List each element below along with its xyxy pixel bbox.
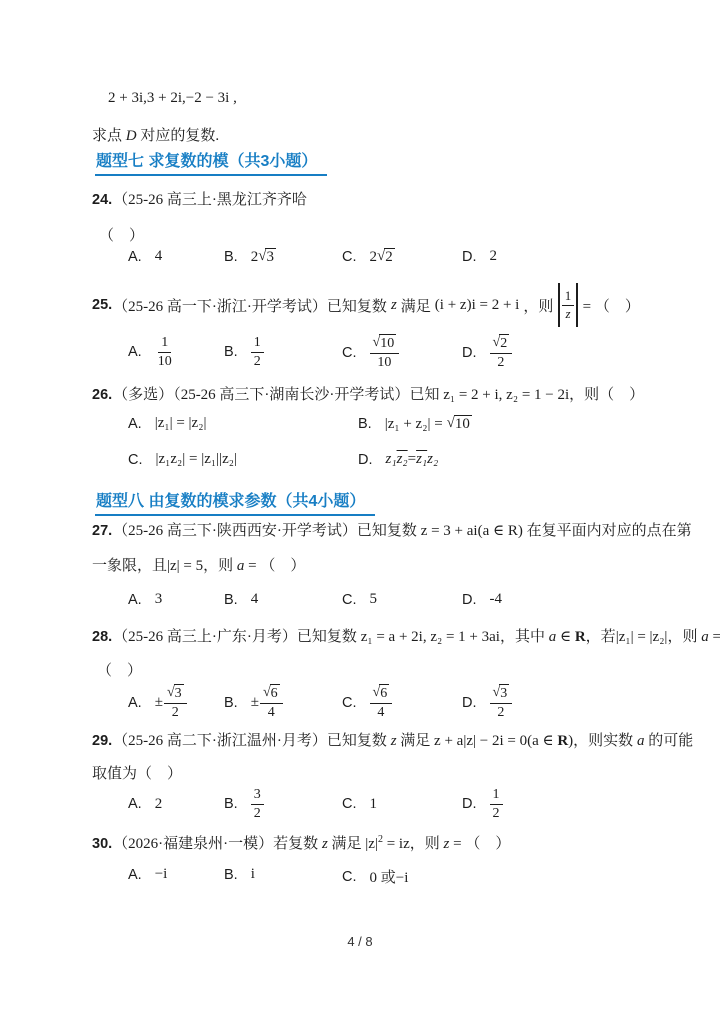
q30-option-b: B.i <box>224 866 255 883</box>
text-run: 已知 <box>409 387 443 403</box>
option-value: |z₁| = |z₂| <box>155 415 207 432</box>
q25-option-b: B.12 <box>224 334 264 370</box>
sqrt-radicand: 10 <box>379 334 396 353</box>
q26-option-d: D.z₁z₂ = z₁z₂ <box>358 451 438 468</box>
fraction: √64 <box>370 684 393 721</box>
fraction-numerator: 1 <box>562 288 575 305</box>
exponent: 2 <box>378 834 383 845</box>
question-source: （25-26 高一下·浙江·开学考试） <box>113 295 327 316</box>
abs-bar <box>576 283 577 327</box>
fraction-numerator: 1 <box>158 334 171 353</box>
q25-option-a: A.110 <box>128 334 175 370</box>
fraction: √32 <box>164 684 187 721</box>
fraction-denominator: 2 <box>251 353 264 371</box>
text-run: 满足 <box>328 836 366 852</box>
q29-option-d: D.12 <box>462 786 503 822</box>
q29-option-c: C.1 <box>342 786 377 822</box>
option-value: 5 <box>370 591 378 608</box>
option-label: D. <box>462 695 477 711</box>
q28-option-a: A.±√32 <box>128 684 187 721</box>
text-run: 若复数 <box>273 836 322 852</box>
fraction: √1010 <box>370 334 400 371</box>
q30-option-a: A.−i <box>128 866 167 883</box>
intro-sentence: 求点 D 对应的复数. <box>92 126 219 147</box>
q27-option-c: C.5 <box>342 591 377 608</box>
intro-expression: 2 + 3i,3 + 2i,−2 − 3i , <box>108 88 237 109</box>
z2-term: z₂ <box>427 451 438 468</box>
question-24: 24.（25-26 高三上·黑龙江齐齐哈 <box>92 190 307 211</box>
section-heading-8: 题型八 由复数的模求参数（共4小题） <box>95 488 375 516</box>
option-value: |z₁z₂| = |z₁||z₂| <box>156 451 238 468</box>
q27-option-b: B.4 <box>224 591 258 608</box>
question-number: 26. <box>92 387 112 403</box>
question-29-line2: 取值为（ ） <box>92 764 182 785</box>
option-value: 2 <box>155 796 163 813</box>
fraction-denominator: 10 <box>374 354 394 372</box>
sqrt-radicand: 2 <box>384 248 395 266</box>
option-label: C. <box>128 452 143 468</box>
text-run: ，则（ ） <box>569 387 644 403</box>
question-number: 28. <box>92 629 112 645</box>
plus-minus-sign: ± <box>251 694 259 711</box>
fraction-denominator: 2 <box>494 354 507 372</box>
equals-sign: = <box>408 451 416 468</box>
option-label: B. <box>224 796 238 812</box>
option-label: D. <box>462 592 477 608</box>
text-run: ，若 <box>586 629 616 645</box>
question-27-line1: 27.（25-26 高三下·陕西西安·开学考试）已知复数 z = 3 + ai(… <box>92 521 692 542</box>
sqrt-expression: √6 <box>373 684 390 703</box>
fraction-denominator: 2 <box>490 805 503 823</box>
heading-text: 题型七 求复数的模（共3小题） <box>96 153 317 170</box>
q24-option-c: C.2√2 <box>342 248 395 266</box>
text-run: ，则 <box>410 836 444 852</box>
real-set-symbol: R <box>557 733 568 749</box>
equation: |z₁| = |z₂| <box>616 629 668 645</box>
question-25: 25.（25-26 高一下·浙江·开学考试）已知复数z满足(i + z)i = … <box>92 283 640 327</box>
fraction-numerator: √6 <box>260 684 283 704</box>
option-value: i <box>251 866 255 883</box>
text-run: 已知复数 <box>297 629 361 645</box>
q27-option-a: A.3 <box>128 591 162 608</box>
text-run: ，则 <box>523 295 553 316</box>
fraction-denominator: 4 <box>374 704 387 722</box>
question-28-answer-paren: （ ） <box>97 661 142 682</box>
equation: z₁ = a + 2i, z₂ = 1 + 3ai <box>361 629 500 645</box>
answer-paren: （ ） <box>99 228 144 244</box>
question-source: （25-26 高三下·湖南长沙·开学考试） <box>173 387 409 403</box>
fraction-denominator: 10 <box>155 353 175 371</box>
real-set-symbol: R <box>575 629 586 645</box>
q24-option-a: A.4 <box>128 248 162 265</box>
document-page: 2 + 3i,3 + 2i,−2 − 3i , 求点 D 对应的复数. 题型七 … <box>0 0 720 1018</box>
fraction: 1z <box>562 288 575 322</box>
question-29-line1: 29.（25-26 高二下·浙江温州·月考）已知复数 z 满足 z + a|z|… <box>92 731 693 752</box>
text-run: 已知复数 <box>327 295 387 316</box>
q29-option-a: A.2 <box>128 786 162 822</box>
question-number: 24. <box>92 192 112 208</box>
question-source: （25-26 高三上·广东·月考） <box>113 629 297 645</box>
fraction-numerator: 1 <box>490 786 503 805</box>
q29-option-b: B.32 <box>224 786 264 822</box>
sqrt-radicand: 6 <box>379 684 389 703</box>
text-run: 满足 <box>397 733 435 749</box>
q28-option-d: D.√32 <box>462 684 512 721</box>
variable-a: a <box>701 629 709 645</box>
fraction-numerator: √10 <box>370 334 400 354</box>
option-label: D. <box>358 452 373 468</box>
coefficient: 2 <box>251 249 259 266</box>
z1-conjugate-term: z₁ <box>416 451 427 468</box>
option-label: A. <box>128 796 142 812</box>
text-run: = （ ） <box>583 295 640 316</box>
fraction: 32 <box>251 786 264 822</box>
abs-z-term: |z| <box>365 836 378 852</box>
option-label: D. <box>462 796 477 812</box>
fraction-numerator: √6 <box>370 684 393 704</box>
plus-minus-sign: ± <box>155 694 163 711</box>
text-run: ，则 <box>667 629 701 645</box>
option-label: B. <box>358 416 372 432</box>
text-run: 对应的复数. <box>137 128 220 144</box>
q25-option-c: C.√1010 <box>342 334 399 371</box>
sqrt-expression: √3 <box>493 684 510 703</box>
sqrt-expression: √3 <box>258 248 276 266</box>
multi-select-tag: （多选） <box>113 387 173 403</box>
option-label: D. <box>462 345 477 361</box>
option-label: C. <box>342 869 357 885</box>
equation: z = 3 + ai(a ∈ R) <box>421 523 523 539</box>
fraction-numerator: 3 <box>251 786 264 805</box>
sqrt-expression: √2 <box>377 248 395 266</box>
text-run: = （ ） <box>449 836 510 852</box>
q24-option-d: D.2 <box>462 248 497 265</box>
q26-option-b: B.|z₁ + z₂| =√10 <box>358 415 472 433</box>
question-26: 26.（多选）（25-26 高三下·湖南长沙·开学考试）已知 z₁ = 2 + … <box>92 385 644 406</box>
sqrt-expression: √10 <box>447 415 472 433</box>
option-value: −i <box>155 866 168 883</box>
q24-option-b: B.2√3 <box>224 248 276 266</box>
equation: (i + z)i = 2 + i <box>435 297 520 314</box>
option-label: C. <box>342 695 357 711</box>
sqrt-expression: √6 <box>263 684 280 703</box>
option-value: 4 <box>155 248 163 265</box>
text-run: = （ ） <box>244 558 305 574</box>
option-label: A. <box>128 249 142 265</box>
option-label: B. <box>224 344 238 360</box>
option-label: C. <box>342 592 357 608</box>
question-24-answer-paren: （ ） <box>99 226 144 247</box>
text-run: 取值为（ ） <box>92 766 182 782</box>
sqrt-radicand: 3 <box>174 684 184 703</box>
option-label: A. <box>128 592 142 608</box>
fraction-numerator: √2 <box>490 334 513 354</box>
question-source: （25-26 高三下·陕西西安·开学考试） <box>113 523 357 539</box>
text-run: 求点 <box>92 128 126 144</box>
question-27-line2: 一象限，且|z| = 5，则 a = （ ） <box>92 556 305 577</box>
option-label: B. <box>224 867 238 883</box>
z2-conjugate-term: z₂ <box>397 451 408 468</box>
abs-bar <box>558 283 559 327</box>
equation: |z₁ + z₂| = <box>385 416 443 433</box>
fraction: 110 <box>155 334 175 370</box>
fraction-numerator: √3 <box>490 684 513 704</box>
option-label: A. <box>128 416 142 432</box>
text-run: 满足 <box>401 295 431 316</box>
text-run: 在复平面内对应的点在第 <box>523 523 692 539</box>
element-of-sign: ∈ <box>556 629 575 645</box>
option-value: 2 <box>490 248 498 265</box>
q26-option-c: C.|z₁z₂| = |z₁||z₂| <box>128 451 237 468</box>
option-label: C. <box>342 249 357 265</box>
text-run: ，则 <box>203 558 237 574</box>
question-source: （2026·福建泉州·一模） <box>113 836 273 852</box>
equation: z₁ = 2 + i, z₂ = 1 − 2i <box>443 387 569 403</box>
option-value: -4 <box>490 591 503 608</box>
q28-option-b: B.±√64 <box>224 684 283 721</box>
q28-option-c: C.√64 <box>342 684 392 721</box>
fraction: 12 <box>490 786 503 822</box>
q30-option-c: C.0 或−i <box>342 866 408 887</box>
question-number: 29. <box>92 733 112 749</box>
abs-value-fraction: 1z <box>558 283 577 327</box>
option-value: 1 <box>370 796 378 813</box>
option-label: C. <box>342 345 357 361</box>
q27-option-d: D.-4 <box>462 591 502 608</box>
page-number: 4 / 8 <box>0 934 720 949</box>
option-label: B. <box>224 695 238 711</box>
fraction-denominator: 4 <box>265 704 278 722</box>
fraction-denominator: z <box>562 306 573 322</box>
math-run: 2 + 3i,3 + 2i,−2 − 3i , <box>108 90 237 106</box>
fraction-denominator: 2 <box>169 704 182 722</box>
fraction: √22 <box>490 334 513 371</box>
option-label: C. <box>342 796 357 812</box>
question-number: 25. <box>92 297 112 313</box>
sqrt-radicand: 3 <box>499 684 509 703</box>
sqrt-expression: √10 <box>373 334 397 353</box>
sqrt-radicand: 6 <box>270 684 280 703</box>
sqrt-expression: √2 <box>493 334 510 353</box>
option-value: 0 或−i <box>370 866 409 887</box>
equation: z + a|z| − 2i = 0(a ∈ <box>434 733 557 749</box>
q26-option-a: A.|z₁| = |z₂| <box>128 415 206 432</box>
question-number: 30. <box>92 836 112 852</box>
text-run: ，其中 <box>500 629 549 645</box>
fraction-denominator: 2 <box>251 805 264 823</box>
option-value: 3 <box>155 591 163 608</box>
fraction-numerator: 1 <box>251 334 264 353</box>
q25-option-d: D.√22 <box>462 334 512 371</box>
equation: = iz <box>383 836 410 852</box>
sqrt-radicand: 10 <box>454 415 472 433</box>
question-source: （25-26 高三上·黑龙江齐齐哈 <box>113 192 307 208</box>
text-run: 一象限，且 <box>92 558 167 574</box>
fraction: √64 <box>260 684 283 721</box>
coefficient: 2 <box>370 249 378 266</box>
fraction-denominator: 2 <box>494 704 507 722</box>
sqrt-radicand: 2 <box>499 334 509 353</box>
question-28: 28.（25-26 高三上·广东·月考）已知复数 z₁ = a + 2i, z₂… <box>92 627 720 648</box>
fraction-numerator: √3 <box>164 684 187 704</box>
z1-term: z₁ <box>386 451 397 468</box>
option-label: A. <box>128 867 142 883</box>
text-run: ，则实数 <box>573 733 637 749</box>
variable-z: z <box>391 297 397 314</box>
option-label: D. <box>462 249 477 265</box>
option-label: A. <box>128 695 142 711</box>
text-run: = <box>709 629 720 645</box>
sqrt-radicand: 3 <box>265 248 276 266</box>
text-run: 的可能 <box>644 733 693 749</box>
equation: |z| = 5 <box>167 558 203 574</box>
question-30: 30.（2026·福建泉州·一模）若复数 z 满足 |z|2 = iz，则 z … <box>92 834 510 856</box>
question-number: 27. <box>92 523 112 539</box>
question-source: （25-26 高二下·浙江温州·月考） <box>113 733 327 749</box>
option-value: 4 <box>251 591 259 608</box>
section-heading-7: 题型七 求复数的模（共3小题） <box>95 148 327 176</box>
sqrt-expression: √3 <box>167 684 184 703</box>
fraction: √32 <box>490 684 513 721</box>
option-label: A. <box>128 344 142 360</box>
option-label: B. <box>224 592 238 608</box>
heading-text: 题型八 由复数的模求参数（共4小题） <box>96 493 365 510</box>
text-run: 已知复数 <box>357 523 421 539</box>
text-run: 已知复数 <box>327 733 391 749</box>
answer-paren: （ ） <box>97 663 142 679</box>
option-label: B. <box>224 249 238 265</box>
variable-D: D <box>126 128 137 144</box>
fraction: 12 <box>251 334 264 370</box>
